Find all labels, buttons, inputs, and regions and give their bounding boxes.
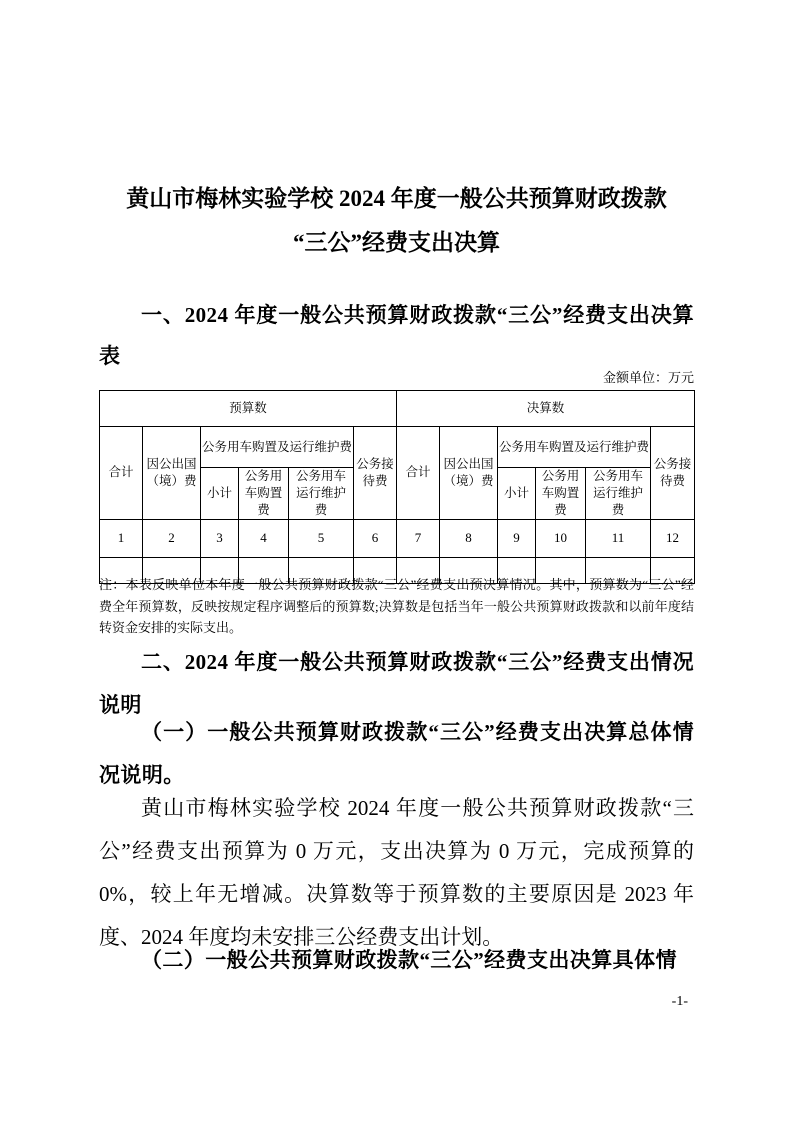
table-group-header-budget: 预算数 [100, 391, 397, 427]
document-title-line1: 黄山市梅林实验学校 2024 年度一般公共预算财政拨款 [99, 177, 694, 221]
table-header-vehicle-group-budget: 公务用车购置及运行维护费 [201, 427, 354, 468]
section-one-heading: 一、2024 年度一般公共预算财政拨款“三公”经费支出决算表 [99, 295, 694, 377]
document-title: 黄山市梅林实验学校 2024 年度一般公共预算财政拨款 “三公”经费支出决算 [99, 177, 694, 265]
table-header-reception-final: 公务接待费 [651, 427, 695, 520]
column-number-cell: 4 [239, 519, 289, 557]
column-number-cell: 9 [498, 519, 536, 557]
table-group-header-final: 决算数 [397, 391, 695, 427]
subsection-one-paragraph: 黄山市梅林实验学校 2024 年度一般公共预算财政拨款“三公”经费支出预算为 0… [99, 787, 694, 959]
table-header-purchase-final: 公务用车购置费 [536, 468, 586, 520]
table-header-total-final: 合计 [397, 427, 440, 520]
table-header-abroad-budget: 因公出国（境）费 [143, 427, 201, 520]
column-number-cell: 12 [651, 519, 695, 557]
column-number-cell: 7 [397, 519, 440, 557]
column-number-cell: 2 [143, 519, 201, 557]
table-header-maintenance-budget: 公务用车运行维护费 [289, 468, 354, 520]
column-number-cell: 11 [586, 519, 651, 557]
table-header-subtotal-final: 小计 [498, 468, 536, 520]
column-number-cell: 6 [354, 519, 397, 557]
table-header-total-budget: 合计 [100, 427, 143, 520]
table-header-maintenance-final: 公务用车运行维护费 [586, 468, 651, 520]
table-header-abroad-final: 因公出国（境）费 [440, 427, 498, 520]
subsection-two-heading: （二）一般公共预算财政拨款“三公”经费支出决算具体情 [99, 939, 694, 982]
column-number-cell: 3 [201, 519, 239, 557]
table-header-vehicle-group-final: 公务用车购置及运行维护费 [498, 427, 651, 468]
column-number-cell: 8 [440, 519, 498, 557]
document-title-line2: “三公”经费支出决算 [99, 221, 694, 265]
three-public-table-wrap: 预算数 决算数 合计 因公出国（境）费 公务用车购置及运行维护费 公务接待费 合… [99, 390, 694, 584]
table-header-subtotal-budget: 小计 [201, 468, 239, 520]
column-number-cell: 5 [289, 519, 354, 557]
column-number-cell: 10 [536, 519, 586, 557]
three-public-expense-table: 预算数 决算数 合计 因公出国（境）费 公务用车购置及运行维护费 公务接待费 合… [99, 390, 695, 584]
table-note: 注：本表反映单位本年度一般公共预算财政拨款“三公”经费支出预决算情况。其中，预算… [99, 574, 694, 639]
table-header-reception-budget: 公务接待费 [354, 427, 397, 520]
page-number: -1- [672, 992, 688, 1012]
document-page: 黄山市梅林实验学校 2024 年度一般公共预算财政拨款 “三公”经费支出决算 一… [0, 0, 793, 1122]
amount-unit-label: 金额单位：万元 [99, 368, 694, 388]
table-header-purchase-budget: 公务用车购置费 [239, 468, 289, 520]
column-number-cell: 1 [100, 519, 143, 557]
subsection-one-heading: （一）一般公共预算财政拨款“三公”经费支出决算总体情况说明。 [99, 711, 694, 797]
